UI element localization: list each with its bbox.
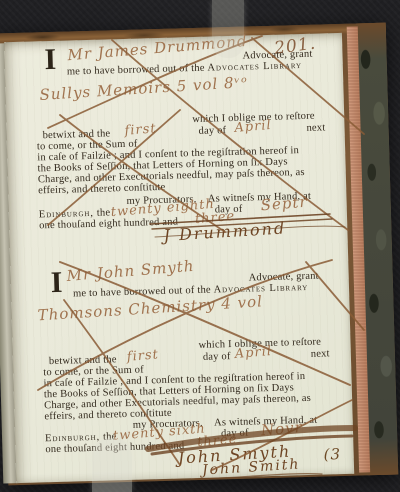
entry2-due-day: first — [126, 347, 159, 365]
entry1-failzie-line4: effeirs, and thereto conſtitute — [38, 182, 166, 197]
entry1-due-month: April — [234, 118, 272, 136]
entry2-borrower-name: Mr John Smyth — [66, 257, 195, 285]
entry2-margin-mark: (3 — [323, 445, 341, 463]
entry1-next-label: next — [306, 122, 325, 134]
entry1-day-of-label: day of — [198, 125, 226, 137]
entry2-drop-cap: I — [50, 270, 62, 296]
holding-strip-bottom — [92, 438, 132, 492]
entry2-due-month: April — [234, 344, 272, 362]
entry1-signature: J Drummond — [163, 218, 287, 245]
holding-strip-top — [212, 0, 244, 58]
entry2-day-of-label: day of — [203, 351, 231, 363]
entry1-the-label: the — [97, 207, 111, 218]
entry1-borrowed-prefix: me to have borrowed out of the — [67, 63, 208, 78]
entry2-next-label: next — [311, 348, 330, 360]
entry1-book-title: Sullys Memoirs 5 vol 8ᵛᵒ — [39, 73, 248, 104]
entry1-due-day: first — [124, 121, 157, 139]
entry1-borrowed-line: me to have borrowed out of the Advocates… — [67, 60, 302, 78]
entry1-date-month: Septr — [260, 193, 308, 215]
register-page: 201. I Mr James Drummond Advocate, grant… — [4, 33, 354, 483]
entry1-drop-cap: I — [44, 47, 56, 73]
entry2-date-month: Novr — [260, 418, 303, 439]
register-book: 201. I Mr James Drummond Advocate, grant… — [0, 23, 398, 486]
photo-background: 201. I Mr James Drummond Advocate, grant… — [0, 0, 400, 492]
entry1-library-name: Advocates Library — [207, 60, 302, 74]
